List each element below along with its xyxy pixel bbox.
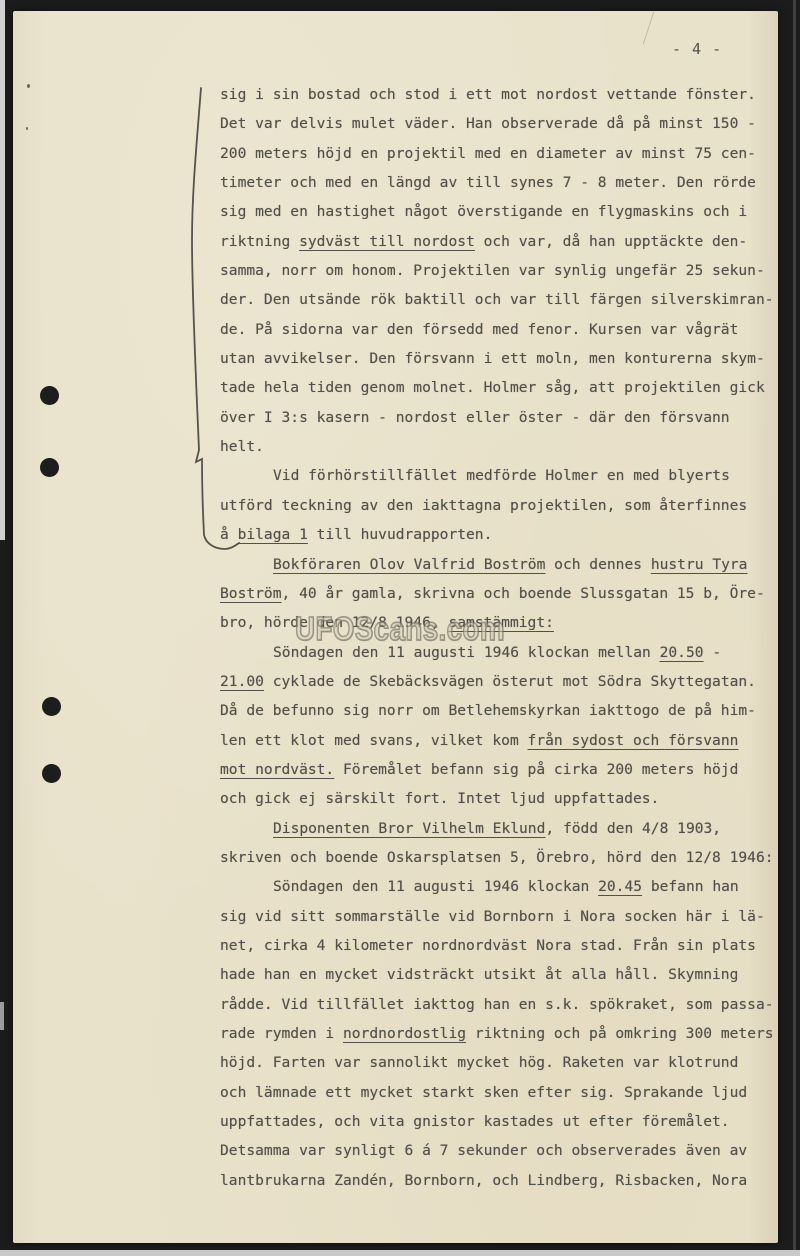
typed-line: len ett klot med svans, vilket kom från … xyxy=(220,726,786,755)
typed-line: skriven och boende Oskarsplatsen 5, Öreb… xyxy=(220,843,786,872)
typed-line: och gick ej särskilt fort. Intet ljud up… xyxy=(220,784,786,813)
typed-line: Disponenten Bror Vilhelm Eklund, född de… xyxy=(220,814,786,843)
paper-speck xyxy=(27,84,30,88)
typed-line: de. På sidorna var den försedd med fenor… xyxy=(220,315,786,344)
typed-line: lantbrukarna Zandén, Bornborn, och Lindb… xyxy=(220,1166,786,1195)
typed-line: sig med en hastighet något överstigande … xyxy=(220,197,786,226)
typed-line: Söndagen den 11 augusti 1946 klockan 20.… xyxy=(220,872,786,901)
typed-line: tade hela tiden genom molnet. Holmer såg… xyxy=(220,373,786,402)
typed-line: net, cirka 4 kilometer nordnordväst Nora… xyxy=(220,931,786,960)
page-number: - 4 - xyxy=(672,40,722,58)
typed-line: och lämnade ett mycket starkt sken efter… xyxy=(220,1078,786,1107)
typed-line: hade han en mycket vidsträckt utsikt åt … xyxy=(220,960,786,989)
typed-line: utan avvikelser. Den försvann i ett moln… xyxy=(220,344,786,373)
punch-hole xyxy=(42,764,61,783)
typed-line: timeter och med en längd av till synes 7… xyxy=(220,168,786,197)
typed-line: sig vid sitt sommarställe vid Bornborn i… xyxy=(220,902,786,931)
typed-line: 21.00 cyklade de Skebäcksvägen österut m… xyxy=(220,667,786,696)
typed-line: rådde. Vid tillfället iakttog han en s.k… xyxy=(220,990,786,1019)
punch-hole xyxy=(42,697,61,716)
typed-line: uppfattades, och vita gnistor kastades u… xyxy=(220,1107,786,1136)
scan-edge-bottom xyxy=(0,1250,800,1256)
typed-line: å bilaga 1 till huvudrapporten. xyxy=(220,520,786,549)
scan-edge-notch xyxy=(0,1002,4,1030)
typed-line: Boström, 40 år gamla, skrivna och boende… xyxy=(220,579,786,608)
typed-line: Vid förhörstillfället medförde Holmer en… xyxy=(220,461,786,490)
typed-line: Bokföraren Olov Valfrid Boström och denn… xyxy=(220,550,786,579)
typed-line: riktning sydväst till nordost och var, d… xyxy=(220,227,786,256)
typed-line: sig i sin bostad och stod i ett mot nord… xyxy=(220,80,786,109)
typed-line: mot nordväst. Föremålet befann sig på ci… xyxy=(220,755,786,784)
scan-edge-right-line xyxy=(793,0,796,1250)
typed-line: helt. xyxy=(220,432,786,461)
typed-line: samma, norr om honom. Projektilen var sy… xyxy=(220,256,786,285)
typed-line: 200 meters höjd en projektil med en diam… xyxy=(220,139,786,168)
paper-speck xyxy=(26,127,28,130)
typed-line: der. Den utsände rök baktill och var til… xyxy=(220,285,786,314)
typed-line: utförd teckning av den iakttagna projekt… xyxy=(220,491,786,520)
scanned-document-page: - 4 - sig i sin bostad och stod i ett mo… xyxy=(0,0,800,1256)
typed-line: Detsamma var synligt 6 á 7 sekunder och … xyxy=(220,1136,786,1165)
typed-line: Då de befunno sig norr om Betlehemskyrka… xyxy=(220,696,786,725)
watermark: UFOScans.com xyxy=(295,610,505,648)
punch-hole xyxy=(40,386,59,405)
typed-line: rade rymden i nordnordostlig riktning oc… xyxy=(220,1019,786,1048)
typed-line: höjd. Farten var sannolikt mycket hög. R… xyxy=(220,1048,786,1077)
typed-line: Det var delvis mulet väder. Han observer… xyxy=(220,109,786,138)
typed-line: över I 3:s kasern - nordost eller öster … xyxy=(220,403,786,432)
punch-hole xyxy=(40,458,59,477)
scan-edge-left xyxy=(0,0,5,540)
